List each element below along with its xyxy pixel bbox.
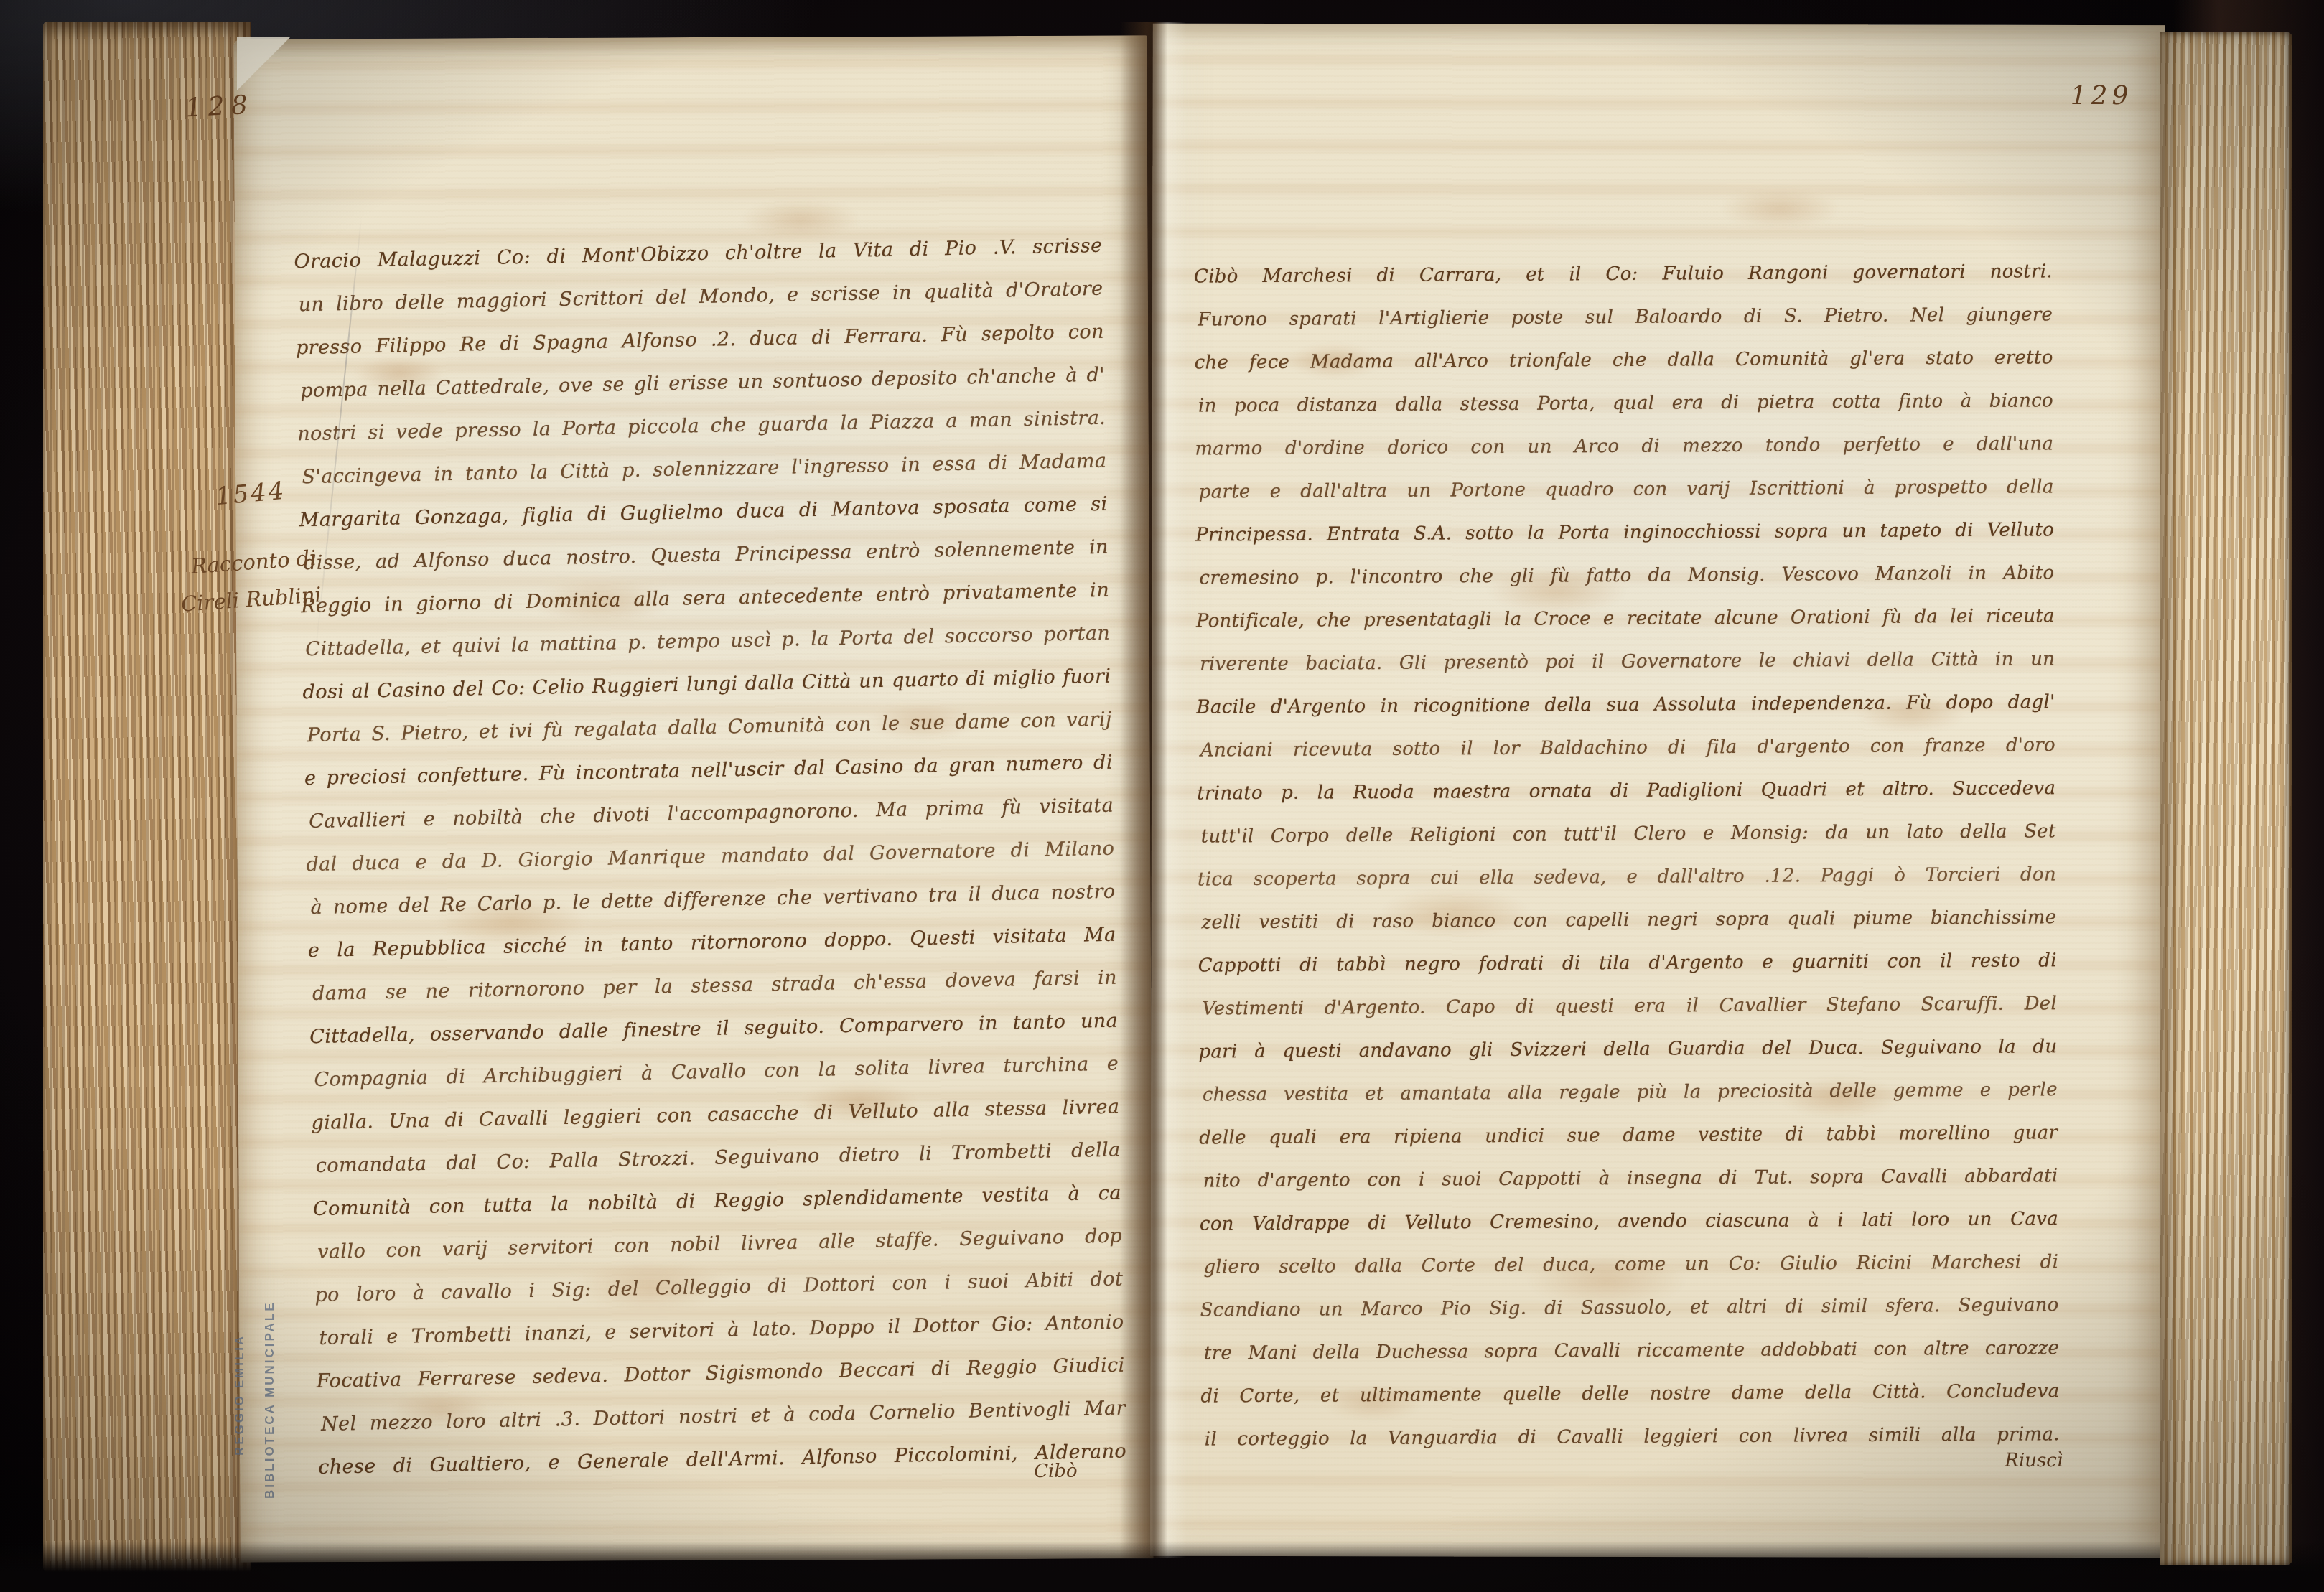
manuscript-line: Cappotti di tabbì negro fodrati di tila … [1198,939,2057,987]
manuscript-line: nito d'argento con i suoi Cappotti à ins… [1203,1154,2058,1202]
left-page: Oracio Malaguzzi Co: di Mont'Obizzo ch'o… [233,35,1153,1563]
manuscript-line: parte e dall'altra un Portone quadro con… [1199,465,2054,513]
left-page-text: Oracio Malaguzzi Co: di Mont'Obizzo ch'o… [294,225,1127,1489]
page-edges-right [2160,32,2292,1565]
manuscript-line: riverente baciata. Gli presentò poi il G… [1200,637,2055,685]
right-page-text: Cibò Marchesi di Carrara, et il Co: Fulu… [1194,250,2060,1461]
manuscript-line: trinato p. la Ruoda maestra ornata di Pa… [1197,767,2055,815]
manuscript-line: con Valdrappe di Velluto Cremesino, aven… [1200,1197,2058,1245]
library-stamp-line1: BIBLIOTECA MUNICIPALE [263,1212,277,1499]
manuscript-line: gliero scelto dalla Corte del duca, come… [1203,1240,2058,1288]
manuscript-line: zelli vestiti di raso bianco con capelli… [1201,896,2056,944]
manuscript-line: Cibò Marchesi di Carrara, et il Co: Fulu… [1194,250,2053,298]
leather-cover-bottom [0,1542,2324,1592]
manuscript-line: pari à questi andavano gli Svizzeri dell… [1198,1025,2057,1073]
manuscript-line: delle quali era ripiena undici sue dame … [1199,1111,2058,1159]
manuscript-line: che fece Madama all'Arco trionfale che d… [1194,336,2053,384]
manuscript-line: tica scoperta sopra cui ella sedeva, e d… [1198,853,2056,901]
manuscript-line: il corteggio la Vanguardia di Cavalli le… [1205,1413,2060,1461]
margin-year-note: 1544 [214,477,287,511]
manuscript-line: marmo d'ordine dorico con un Arco di mez… [1195,422,2053,470]
page-edges-left [43,22,251,1572]
book-gutter-shadow [1120,22,1186,1558]
manuscript-line: Principessa. Entrata S.A. sotto la Porta… [1195,508,2054,556]
manuscript-line: Scandiano un Marco Pio Sig. di Sassuolo,… [1200,1283,2059,1331]
manuscript-line: tutt'il Corpo delle Religioni con tutt'i… [1200,810,2055,858]
manuscript-photo: Oracio Malaguzzi Co: di Mont'Obizzo ch'o… [0,0,2324,1592]
catchword-left: Cibò [1034,1461,1078,1482]
right-page: Cibò Marchesi di Carrara, et il Co: Fulu… [1150,24,2165,1558]
manuscript-line: Bacile d'Argento in ricognitione della s… [1196,680,2055,729]
catchword-right: Riuscì [2005,1450,2063,1471]
page-number-right: 129 [2071,81,2133,111]
library-stamp-line2: REGGIO EMILIA [233,1240,247,1456]
manuscript-line: cremesino p. l'incontro che gli fù fatto… [1199,551,2054,599]
manuscript-line: Furono sparati l'Artiglierie poste sul B… [1198,293,2053,341]
page-number-left: 128 [185,90,255,123]
manuscript-line: chessa vestita et amantata alla regale p… [1203,1068,2058,1116]
manuscript-line: di Corte, et ultimamente quelle delle no… [1200,1369,2059,1418]
manuscript-line: in poca distanza dalla stessa Porta, qua… [1198,379,2053,427]
manuscript-line: Pontificale, che presentatagli la Croce … [1196,594,2055,642]
manuscript-line: Vestimenti d'Argento. Capo di questi era… [1202,982,2057,1030]
manuscript-line: Anciani ricevuta sotto il lor Baldachino… [1200,724,2055,772]
folded-page-corner [237,37,290,90]
manuscript-line: tre Mani della Duchessa sopra Cavalli ri… [1204,1326,2059,1375]
